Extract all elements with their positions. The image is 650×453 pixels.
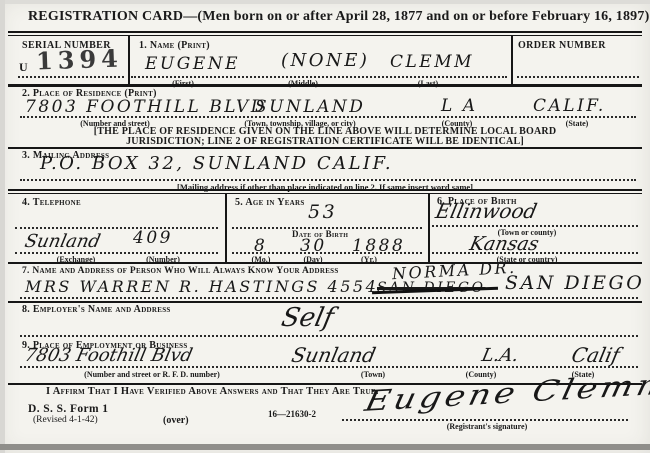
section-divider [8, 262, 642, 264]
card-title: REGISTRATION CARD—(Men born on or after … [28, 9, 649, 25]
name-last-value: CLEMM [390, 52, 474, 72]
birth-state-line [432, 252, 638, 254]
signature-line [342, 419, 628, 421]
contact-label: 7. Name and Address of Person Who Will A… [22, 266, 339, 276]
telephone-blank-line [15, 227, 218, 229]
residence-county-value: L A [441, 96, 477, 116]
name-middle-value: (NONE) [281, 50, 369, 71]
form-number: D. S. S. Form 1 [28, 403, 108, 415]
employment-state-value: Calif [569, 343, 622, 367]
employment-county-value: L.A. [480, 345, 521, 366]
mailing-sublabel: [Mailing address if other than place ind… [177, 182, 473, 192]
scan-edge [0, 0, 650, 4]
serial-line [18, 76, 124, 78]
divider-line [8, 189, 642, 191]
section-divider [8, 84, 642, 87]
divider-line [8, 193, 642, 195]
column-divider [128, 36, 130, 84]
age-value: 53 [308, 201, 337, 223]
divider-line [8, 35, 642, 36]
employment-street-sublabel: (Number and street or R. F. D. number) [84, 370, 220, 379]
serial-number-value: 1394 [36, 43, 124, 75]
print-code: 16—21630-2 [268, 409, 316, 419]
employment-town-sublabel: (Town) [361, 370, 385, 379]
residence-state-value: CALIF. [533, 96, 606, 116]
telephone-line [15, 252, 218, 254]
mailing-line [20, 179, 636, 181]
affirmation-text: I Affirm That I Have Verified Above Answ… [46, 386, 379, 397]
residence-street-value: 7803 FOOTHILL BLVD [25, 97, 267, 117]
scan-edge [0, 444, 650, 450]
name-line [131, 76, 507, 78]
mailing-value: P.O. BOX 32, SUNLAND CALIF. [40, 153, 393, 174]
employment-line [20, 366, 638, 368]
column-divider [225, 194, 227, 262]
telephone-label: 4. Telephone [22, 197, 81, 208]
form-revision: (Revised 4-1-42) [33, 415, 98, 425]
employment-town-value: Sunland [289, 343, 378, 367]
name-label: 1. Name (Print) [139, 40, 210, 51]
employer-line [20, 335, 638, 337]
employment-street-value: 7803 Foothill Blvd [23, 345, 195, 366]
birth-town-value: Ellinwood [433, 199, 539, 223]
contact-line [20, 297, 638, 299]
telephone-number-value: 409 [133, 228, 173, 248]
over-note: (over) [163, 415, 189, 426]
employer-label: 8. Employer's Name and Address [22, 304, 171, 315]
section-divider [8, 147, 642, 149]
serial-prefix: U [19, 60, 28, 75]
registrant-signature: Eugene Clemm [362, 367, 650, 418]
column-divider [428, 194, 430, 262]
employer-value: Self [279, 303, 337, 333]
contact-value: MRS WARREN R. HASTINGS 4554 [25, 277, 378, 296]
column-divider [511, 36, 513, 84]
registration-card: REGISTRATION CARD—(Men born on or after … [0, 0, 650, 453]
order-line [517, 76, 639, 78]
order-number-label: ORDER NUMBER [518, 40, 606, 51]
birth-town-line [432, 225, 638, 227]
divider-line [8, 31, 642, 33]
residence-line [20, 116, 636, 118]
telephone-exchange-value: Sunland [23, 231, 103, 252]
signature-sublabel: (Registrant's signature) [447, 422, 528, 431]
name-first-value: EUGENE [145, 54, 240, 74]
jurisdiction-note-line2: JURISDICTION; LINE 2 OF REGISTRATION CER… [0, 136, 650, 147]
contact-after-value: SAN DIEGO [505, 272, 644, 294]
residence-town-value: SUNLAND [255, 97, 365, 117]
dob-line [232, 252, 422, 254]
scan-edge [0, 0, 5, 453]
age-label: 5. Age in Years [235, 197, 305, 208]
